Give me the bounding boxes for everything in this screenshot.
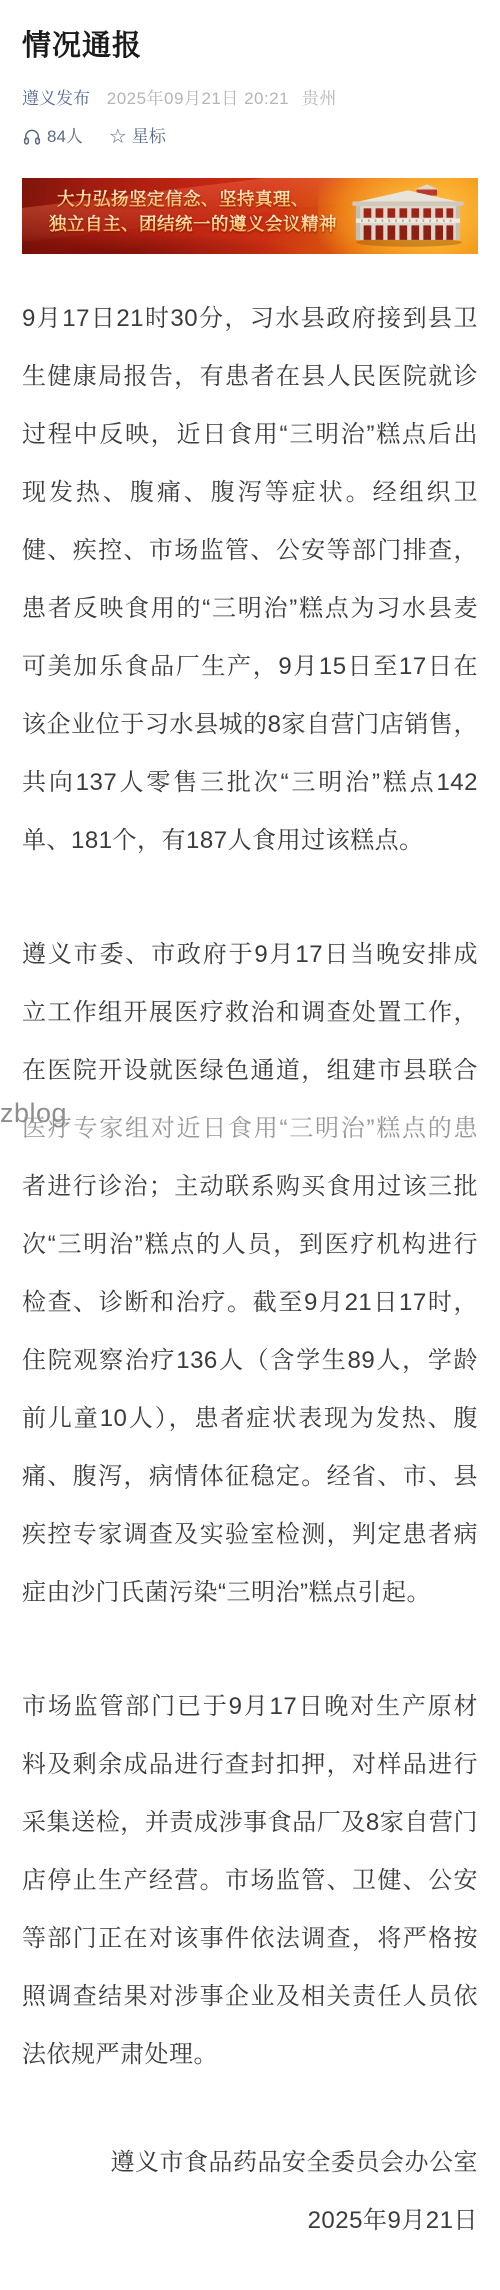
signature-office: 遵义市食品药品安全委员会办公室: [22, 2134, 478, 2192]
paragraph-2-text-a: 遵义市委、市政府于9月17日当晚安排成立工作组开展医疗救治和调查处置工作，在医院…: [22, 941, 478, 1084]
zunyi-building-illustration: [344, 184, 472, 248]
article-page: 情况通报 遵义发布 2025年09月21日 20:21 贵州 84人 ☆ 星标: [0, 0, 500, 2290]
paragraph-2-faded-line: 医疗专家组对近日食用“三明治”糕点的患: [22, 1115, 478, 1142]
banner-slogan: 大力弘扬坚定信念、坚持真理、 独立自主、团结统一的遵义会议精神: [22, 187, 337, 237]
article-header: 情况通报 遵义发布 2025年09月21日 20:21 贵州 84人 ☆ 星标: [22, 28, 478, 148]
meta-row: 84人 ☆ 星标: [22, 126, 478, 148]
paragraph-2: 遵义市委、市政府于9月17日当晚安排成立工作组开展医疗救治和调查处置工作，在医院…: [22, 926, 478, 1622]
paragraph-2-text-b: 者进行诊治；主动联系购买食用过该三批次“三明治”糕点的人员，到医疗机构进行检查、…: [22, 1173, 478, 1606]
paragraph-1: 9月17日21时30分，习水县政府接到县卫生健康局报告，有患者在县人民医院就诊过…: [22, 290, 478, 870]
listen-count: 84人: [47, 126, 83, 148]
article-body: 9月17日21时30分，习水县政府接到县卫生健康局报告，有患者在县人民医院就诊过…: [22, 290, 478, 2250]
publish-location: 贵州: [302, 89, 337, 108]
headphones-icon: [22, 127, 42, 147]
page-title: 情况通报: [22, 28, 478, 64]
signature-date: 2025年9月21日: [22, 2192, 478, 2250]
publish-datetime: 2025年09月21日 20:21: [107, 89, 289, 108]
star-label: 星标: [132, 126, 166, 148]
byline: 遵义发布 2025年09月21日 20:21 贵州: [22, 88, 478, 110]
star-button[interactable]: ☆ 星标: [109, 126, 166, 148]
banner-slogan-line2: 独立自主、团结统一的遵义会议精神: [49, 212, 337, 237]
paragraph-3: 市场监管部门已于9月17日晚对生产原材料及剩余成品进行查封扣押，对样品进行采集送…: [22, 1678, 478, 2084]
listen-audio-button[interactable]: 84人: [22, 126, 83, 148]
account-name-link[interactable]: 遵义发布: [22, 89, 90, 108]
banner-image[interactable]: 大力弘扬坚定信念、坚持真理、 独立自主、团结统一的遵义会议精神: [22, 178, 478, 254]
star-icon: ☆: [109, 127, 127, 147]
banner-slogan-line1: 大力弘扬坚定信念、坚持真理、: [57, 187, 337, 212]
